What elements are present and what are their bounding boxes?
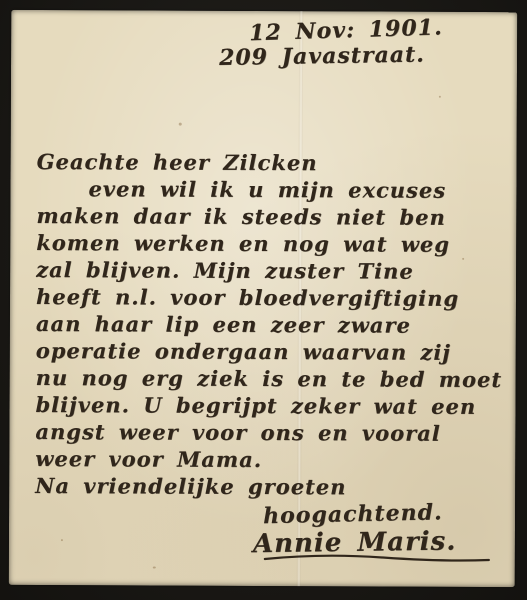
body-line: Na vriendelijke groeten <box>35 472 509 501</box>
body-line: even wil ik u mijn excuses <box>36 175 510 204</box>
body-line: operatie ondergaan waarvan zij <box>36 337 510 366</box>
body-line: komen werken en nog wat weg <box>36 229 510 258</box>
body-line: zal blijven. Mijn zuster Tine <box>36 256 510 285</box>
stain-spot <box>439 96 441 98</box>
salutation: Geachte heer Zilcken <box>37 148 511 177</box>
signature: Annie Maris. <box>253 528 509 558</box>
body-line: aan haar lip een zeer zware <box>36 310 510 339</box>
address-line: 209 Javastraat. <box>219 42 425 71</box>
body-line: nu nog erg ziek is en te bed moet <box>36 364 510 393</box>
stain-spot <box>179 123 182 126</box>
body-line: heeft n.l. voor bloedvergiftiging <box>36 283 510 312</box>
body-line: angst weer voor ons en vooral <box>35 418 509 447</box>
body-line: maken daar ik steeds niet ben <box>36 202 510 231</box>
closing-line: hoogachtend. <box>263 498 510 530</box>
letter-body: Geachte heer Zilcken even wil ik u mijn … <box>35 148 511 565</box>
body-line: weer voor Mama. <box>35 445 509 474</box>
photo-backdrop: 12 Nov: 1901. 209 Javastraat. Geachte he… <box>0 0 527 600</box>
letter-paper: 12 Nov: 1901. 209 Javastraat. Geachte he… <box>9 10 518 587</box>
stain-spot <box>153 567 156 569</box>
body-line: blijven. U begrijpt zeker wat een <box>35 391 509 420</box>
